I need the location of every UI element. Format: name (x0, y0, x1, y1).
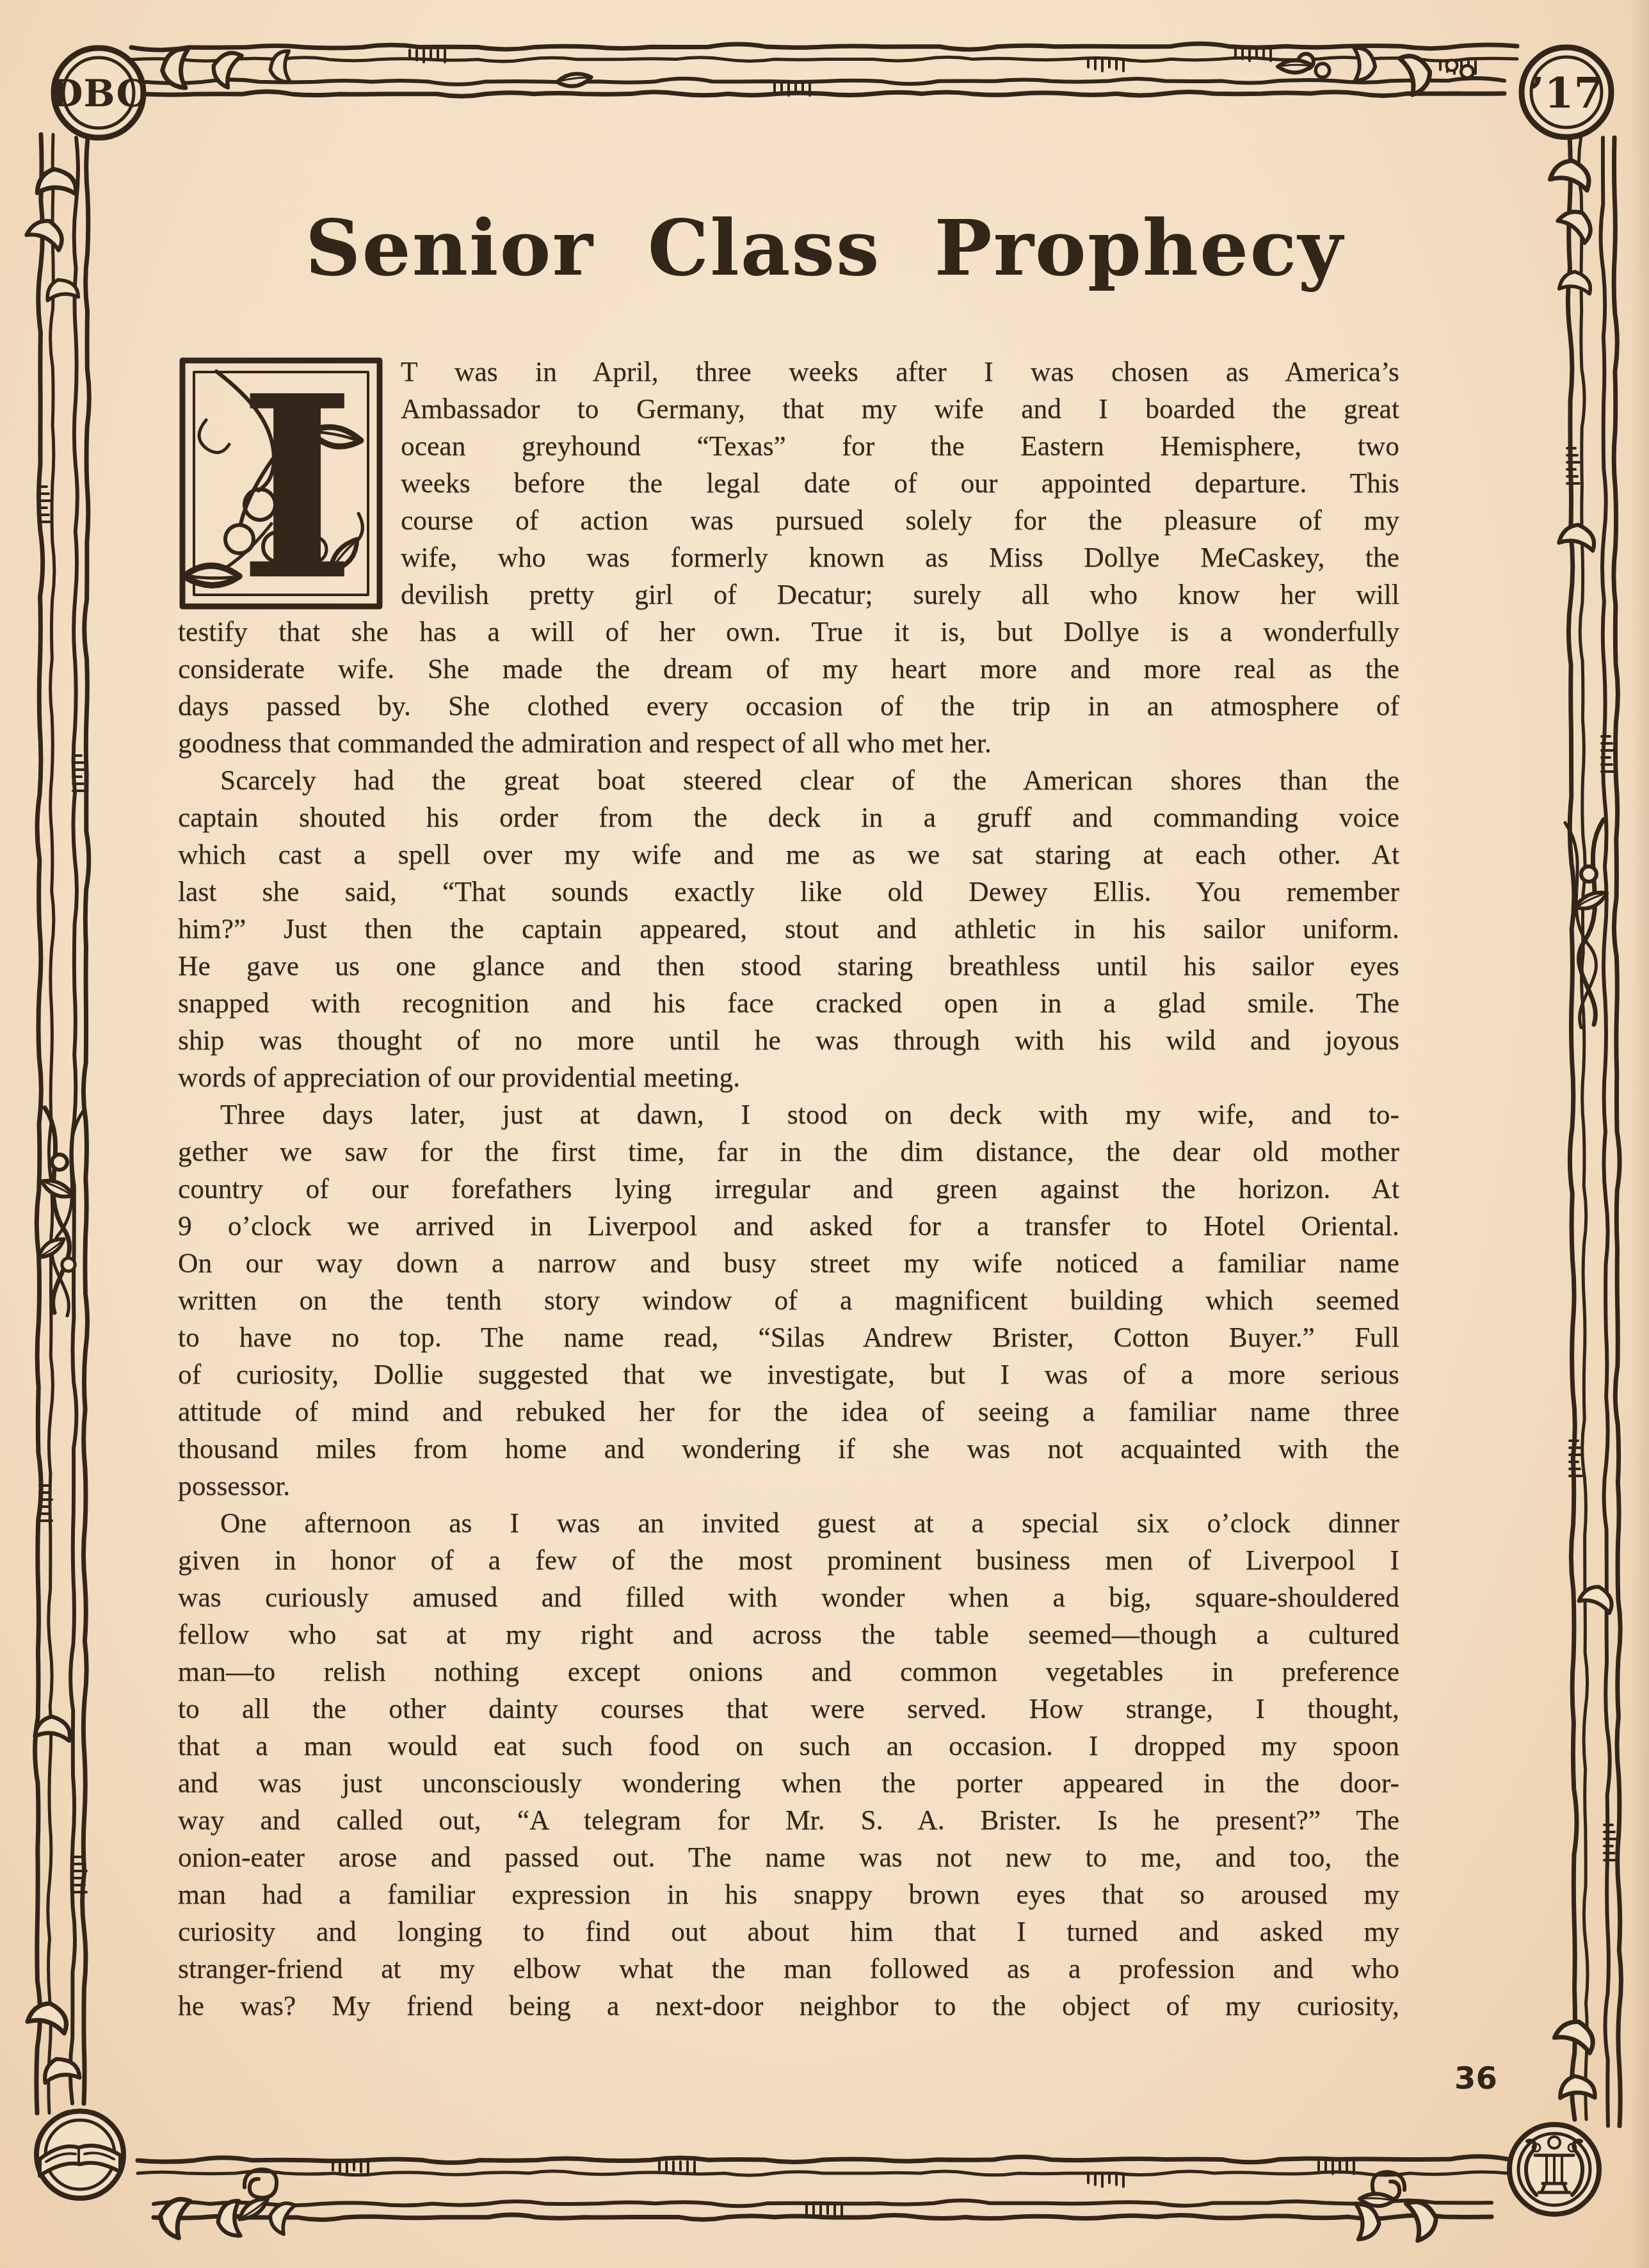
text-line: 9 o’clock we arrived in Liverpool and as… (178, 1208, 1399, 1245)
text-line: of curiosity, Dollie suggested that we i… (178, 1356, 1399, 1393)
text-line: attitude of mind and rebuked her for the… (178, 1393, 1399, 1430)
text-line: to all the other dainty courses that wer… (178, 1690, 1399, 1728)
yearbook-page: { "page": { "title": "Senior Class Proph… (0, 0, 1649, 2268)
page-title: Senior Class Prophecy (0, 210, 1649, 287)
text-line: that a man would eat such food on such a… (178, 1728, 1399, 1765)
text-line: written on the tenth story window of a m… (178, 1282, 1399, 1319)
text-line: last she said, “That sounds exactly like… (178, 873, 1399, 911)
paragraph: Three days later, just at dawn, I stood … (178, 1096, 1399, 1505)
text-line: Scarcely had the great boat steered clea… (178, 762, 1399, 799)
paragraph: Scarcely had the great boat steered clea… (178, 762, 1399, 1096)
text-line: captain shouted his order from the deck … (178, 799, 1399, 836)
text-line: ship was thought of no more until he was… (178, 1022, 1399, 1059)
drop-cap-ornament: I (178, 356, 384, 611)
text-line: testify that she has a will of her own. … (178, 613, 1399, 651)
text-line: stranger-friend at my elbow what the man… (178, 1950, 1399, 1988)
text-line: words of appreciation of our providentia… (178, 1059, 1399, 1096)
text-line: given in honor of a few of the most prom… (178, 1542, 1399, 1579)
text-line: was curiously amused and filled with won… (178, 1579, 1399, 1616)
drop-cap-vine-box: I (178, 356, 384, 611)
paragraph: One afternoon as I was an invited guest … (178, 1505, 1399, 2025)
text-line: On our way down a narrow and busy street… (178, 1245, 1399, 1282)
text-line: Three days later, just at dawn, I stood … (178, 1096, 1399, 1133)
text-line: curiosity and longing to find out about … (178, 1913, 1399, 1950)
page-number: 36 (1454, 2061, 1497, 2096)
text-line: possessor. (178, 1468, 1399, 1505)
text-line: country of our forefathers lying irregul… (178, 1170, 1399, 1208)
text-line: He gave us one glance and then stood sta… (178, 948, 1399, 985)
text-line: considerate wife. She made the dream of … (178, 651, 1399, 688)
text-line: which cast a spell over my wife and me a… (178, 836, 1399, 873)
lyre-medallion (1509, 2125, 1599, 2214)
drop-cap-letter: I (238, 356, 355, 611)
text-line: him?” Just then the captain appeared, st… (178, 911, 1399, 948)
text-line: to have no top. The name read, “Silas An… (178, 1319, 1399, 1356)
text-line: and was just unconsciously wondering whe… (178, 1765, 1399, 1802)
text-line: One afternoon as I was an invited guest … (178, 1505, 1399, 1542)
class-year-medallion: ’17 (1522, 47, 1611, 137)
text-line: snapped with recognition and his face cr… (178, 985, 1399, 1022)
text-line: goodness that commanded the admiration a… (178, 725, 1399, 762)
paragraph: I T was in April, three weeks after I wa… (178, 353, 1399, 762)
text-line: gether we saw for the first time, far in… (178, 1133, 1399, 1170)
class-monogram-label: DBC (51, 72, 147, 115)
text-line: thousand miles from home and wondering i… (178, 1430, 1399, 1468)
text-line: man had a familiar expression in his sna… (178, 1876, 1399, 1913)
class-monogram-medallion: DBC (51, 48, 147, 138)
text-line: he was? My friend being a next-door neig… (178, 1988, 1399, 2025)
body-text: I T was in April, three weeks after I wa… (178, 353, 1399, 2025)
text-line: man—to relish nothing except onions and … (178, 1653, 1399, 1690)
class-year-label: ’17 (1530, 68, 1604, 118)
open-book-medallion (36, 2111, 124, 2198)
text-line: fellow who sat at my right and across th… (178, 1616, 1399, 1653)
text-line: days passed by. She clothed every occasi… (178, 688, 1399, 725)
text-line: onion-eater arose and passed out. The na… (178, 1839, 1399, 1876)
text-line: way and called out, “A telegram for Mr. … (178, 1802, 1399, 1839)
